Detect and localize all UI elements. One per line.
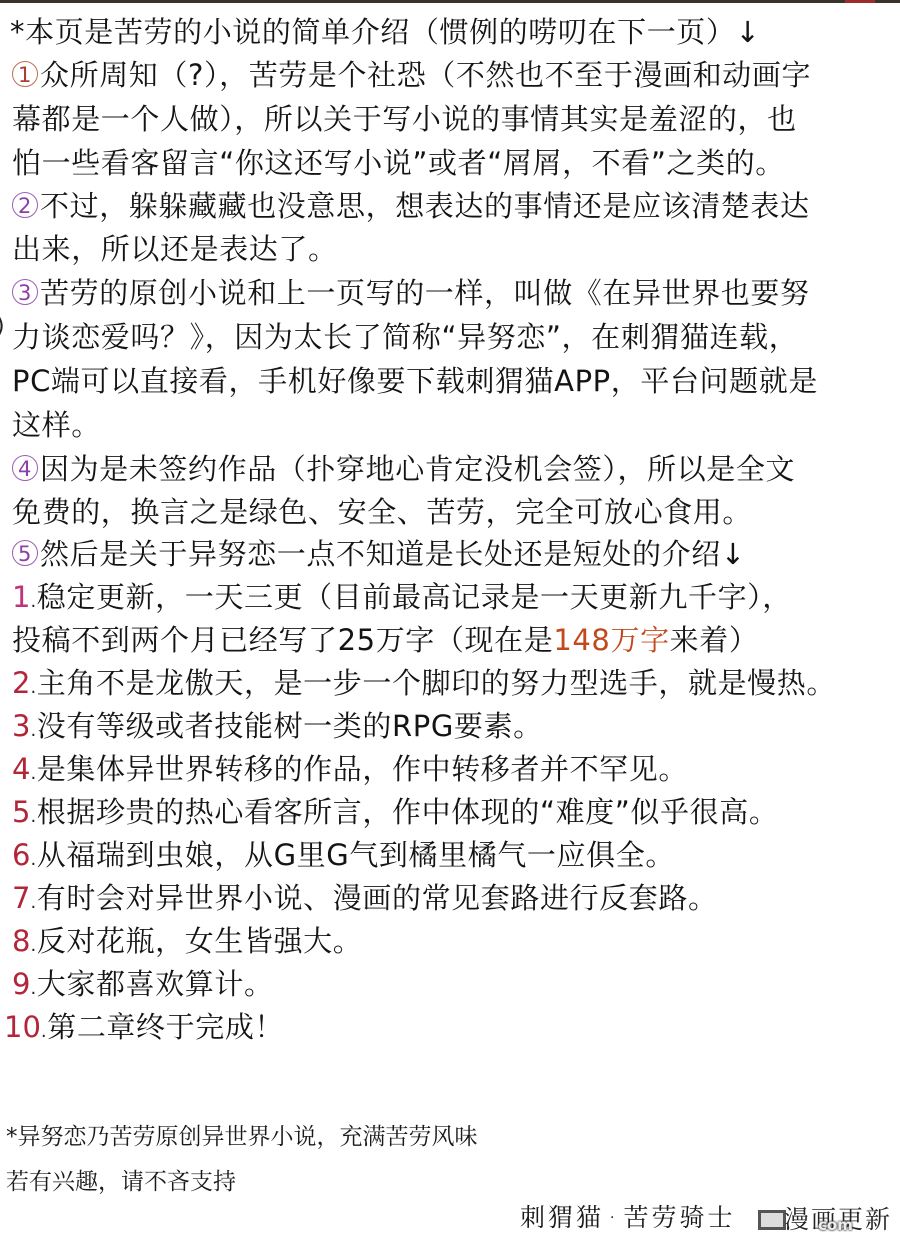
feature-3-text: 没有等级或者技能树一类的RPG要素。	[37, 709, 543, 743]
feature-1-continuation-before: 投稿不到两个月已经写了25万字（现在是	[12, 623, 553, 657]
feature-number-3: 3	[12, 709, 30, 743]
intro-line: *本页是苦劳的小说的简单介绍（惯例的唠叨在下一页）↓	[10, 12, 760, 52]
signature-platform: 刺猬猫	[520, 1203, 604, 1232]
feature-8: 8.反对花瓶，女生皆强大。	[12, 921, 362, 966]
feature-number-5: 5	[12, 795, 30, 829]
feature-number-10: 10	[4, 1010, 41, 1044]
feature-number-1: 1	[12, 580, 30, 614]
feature-1-line-1: 1.稳定更新，一天三更（目前最高记录是一天更新九千字），	[12, 577, 792, 622]
feature-number-9: 9	[12, 967, 30, 1001]
feature-2-text: 主角不是龙傲天，是一步一个脚印的努力型选手，就是慢热。	[37, 666, 836, 700]
feature-number-2: 2	[12, 666, 30, 700]
left-edge-artifact: )	[0, 314, 5, 339]
section-3-line-4: 这样。	[12, 405, 101, 445]
section-5-text-1: 然后是关于异努恋一点不知道是长处还是短处的介绍↓	[40, 537, 746, 571]
section-1-line-1: 1众所周知（?），苦劳是个社恐（不然也不至于漫画和动画字	[12, 55, 811, 95]
section-5-line-1: 5然后是关于异努恋一点不知道是长处还是短处的介绍↓	[12, 534, 746, 574]
signature-author: 苦劳骑士	[623, 1203, 735, 1232]
feature-1-line-2: 投稿不到两个月已经写了25万字（现在是148万字来着）	[12, 620, 758, 660]
section-1-line-2: 幕都是一个人做），所以关于写小说的事情其实是羞涩的，也	[12, 99, 797, 139]
section-2-line-1: 2不过，躲躲藏藏也没意思，想表达的事情还是应该清楚表达	[12, 186, 810, 226]
watermark-suffix: com	[818, 1216, 853, 1234]
top-border	[0, 0, 900, 3]
feature-4-text: 是集体异世界转移的作品，作中转移者并不罕见。	[37, 752, 688, 786]
feature-number-6: 6	[12, 838, 30, 872]
section-3-line-1: 3苦劳的原创小说和上一页写的一样，叫做《在异世界也要努	[12, 273, 810, 313]
feature-number-8: 8	[12, 924, 30, 958]
feature-7-text: 有时会对异世界小说、漫画的常见套路进行反套路。	[37, 881, 718, 915]
feature-1-continuation-after: 来着）	[670, 623, 759, 657]
feature-7: 7.有时会对异世界小说、漫画的常见套路进行反套路。	[12, 878, 718, 923]
site-watermark: 漫画更新 com	[756, 1202, 896, 1238]
circled-number-2-icon: 2	[12, 192, 38, 218]
footer-appeal: 若有兴趣，请不吝支持	[6, 1166, 236, 1198]
circled-number-3-icon: 3	[12, 279, 38, 305]
feature-2: 2.主角不是龙傲天，是一步一个脚印的努力型选手，就是慢热。	[12, 663, 836, 708]
feature-8-text: 反对花瓶，女生皆强大。	[37, 924, 363, 958]
top-border-accent	[845, 0, 875, 3]
section-4-text-1: 因为是未签约作品（扑穿地心肯定没机会签），所以是全文	[40, 452, 795, 486]
feature-6: 6.从福瑞到虫娘，从G里G气到橘里橘气一应俱全。	[12, 835, 675, 880]
feature-9: 9.大家都喜欢算计。	[12, 964, 274, 1009]
section-4-line-1: 4因为是未签约作品（扑穿地心肯定没机会签），所以是全文	[12, 449, 795, 489]
feature-number-7: 7	[12, 881, 30, 915]
feature-1-text: 稳定更新，一天三更（目前最高记录是一天更新九千字），	[37, 580, 792, 614]
section-1-text-1: 众所周知（?），苦劳是个社恐（不然也不至于漫画和动画字	[40, 58, 811, 92]
section-2-text-1: 不过，躲躲藏藏也没意思，想表达的事情还是应该清楚表达	[40, 189, 810, 223]
circled-number-1-icon: 1	[12, 61, 38, 87]
feature-3: 3.没有等级或者技能树一类的RPG要素。	[12, 706, 543, 751]
feature-number-4: 4	[12, 752, 30, 786]
section-2-line-2: 出来，所以还是表达了。	[12, 229, 338, 269]
watermark-logo-icon	[758, 1210, 786, 1230]
feature-4: 4.是集体异世界转移的作品，作中转移者并不罕见。	[12, 749, 688, 794]
circled-number-4-icon: 4	[12, 455, 38, 481]
feature-6-text: 从福瑞到虫娘，从G里G气到橘里橘气一应俱全。	[37, 838, 675, 872]
section-3-text-1: 苦劳的原创小说和上一页写的一样，叫做《在异世界也要努	[40, 276, 810, 310]
section-4-line-2: 免费的，换言之是绿色、安全、苦劳，完全可放心食用。	[12, 492, 752, 532]
section-3-line-3: PC端可以直接看，手机好像要下载刺猬猫APP，平台问题就是	[12, 361, 818, 401]
feature-5-text: 根据珍贵的热心看客所言，作中体现的“难度”似乎很高。	[37, 795, 779, 829]
feature-5: 5.根据珍贵的热心看客所言，作中体现的“难度”似乎很高。	[12, 792, 778, 837]
word-count-highlight: 148万字	[553, 623, 669, 657]
footer-note: *异努恋乃苦劳原创异世界小说，充满苦劳风味	[6, 1121, 478, 1153]
feature-10-text: 第二章终于完成！	[47, 1010, 284, 1044]
signature-separator: ·	[610, 1210, 617, 1226]
section-3-line-2: 力谈恋爱吗？》，因为太长了简称“异努恋”，在刺猬猫连载，	[12, 317, 798, 357]
circled-number-5-icon: 5	[12, 540, 38, 566]
feature-10: 10.第二章终于完成！	[4, 1007, 284, 1052]
section-1-line-3: 怕一些看客留言“你这还写小说”或者“屑屑，不看”之类的。	[12, 143, 785, 183]
feature-9-text: 大家都喜欢算计。	[37, 967, 274, 1001]
signature: 刺猬猫·苦劳骑士	[520, 1200, 735, 1236]
